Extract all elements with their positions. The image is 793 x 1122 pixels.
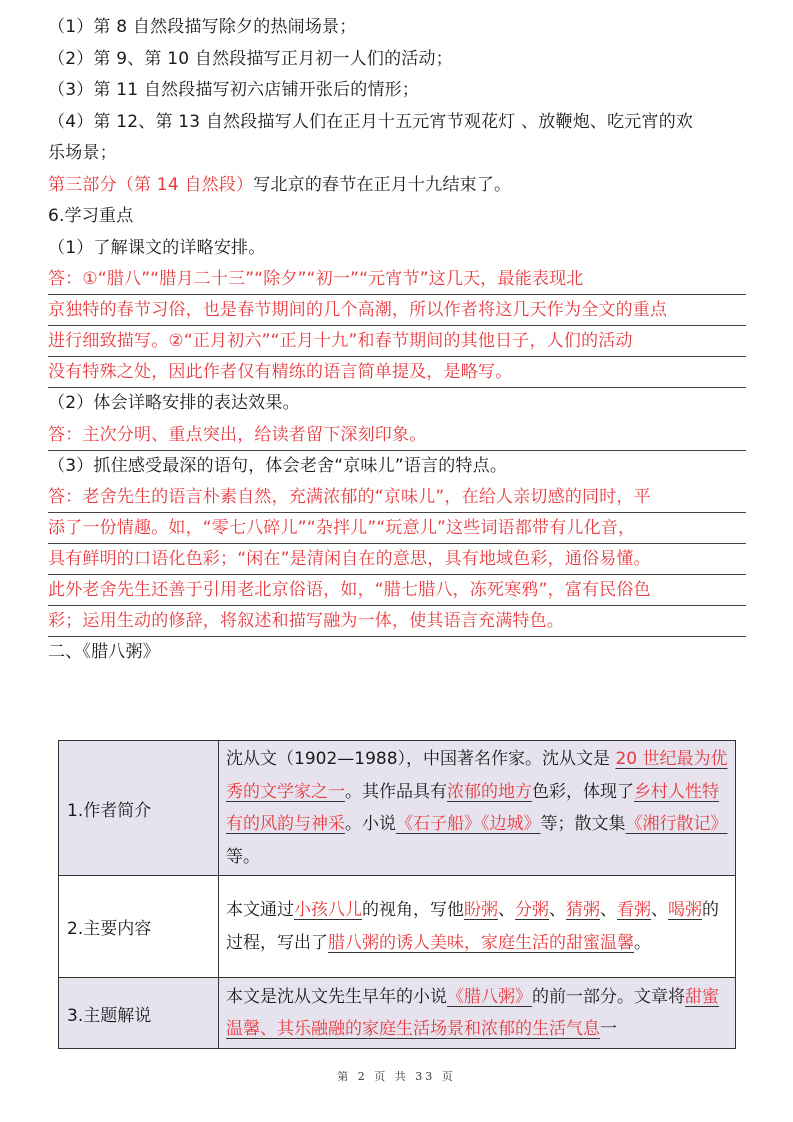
question-1: （1）了解课文的详略安排。 — [48, 233, 746, 265]
answer-3-line-5: 彩；运用生动的修辞，将叙述和描写融为一体，使其语言充满特色。 — [48, 606, 746, 637]
answer-3-line-1: 答：老舍先生的语言朴素自然，充满浓郁的“京味儿”，在给人亲切感的同时，平 — [48, 482, 746, 513]
key-phrase: 喝粥 — [668, 900, 702, 920]
page-number-footer: 第 2 页 共 33 页 — [0, 1068, 793, 1084]
cell-text: 、 — [549, 900, 566, 920]
answer-3-line-4: 此外老舍先生还善于引用老北京俗语，如，“腊七腊八，冻死寒鸦”，富有民俗色 — [48, 575, 746, 606]
row-content: 本文通过小孩八儿的视角，写他盼粥、分粥、猜粥、看粥、喝粥的过程，写出了腊八粥的诱… — [219, 876, 736, 978]
outline-item-1: （1）第 8 自然段描写除夕的热闹场景； — [48, 12, 746, 44]
key-phrase: 腊八粥的诱人美味，家庭生活的甜蜜温馨 — [328, 933, 634, 953]
outline-item-4-cont: 乐场景； — [48, 138, 746, 170]
outline-item-4: （4）第 12、第 13 自然段描写人们在正月十五元宵节观花灯 、放鞭炮、吃元宵… — [48, 107, 746, 139]
key-phrase: 小孩八儿 — [294, 900, 362, 920]
document-page: （1）第 8 自然段描写除夕的热闹场景； （2）第 9、第 10 自然段描写正月… — [48, 0, 746, 669]
answer-1-line-4: 没有特殊之处，因此作者仅有精练的语言简单提及，是略写。 — [48, 357, 746, 388]
laba-porridge-info-table: 1.作者简介 沈从文（1902—1988），中国著名作家。沈从文是 20 世纪最… — [58, 740, 736, 1049]
answer-1-line-3: 进行细致描写。②“正月初六”“正月十九”和春节期间的其他日子，人们的活动 — [48, 326, 746, 357]
answer-3-line-3: 具有鲜明的口语化色彩；“闲在”是清闲自在的意思，具有地域色彩，通俗易懂。 — [48, 544, 746, 575]
answer-3-line-2: 添了一份情趣。如，“零七八碎儿”“杂拌儿”“玩意儿”这些词语都带有儿化音， — [48, 513, 746, 544]
row-label: 1.作者简介 — [59, 741, 219, 876]
key-phrase: 《腊八粥》 — [447, 987, 532, 1007]
key-phrase: 分粥 — [515, 900, 549, 920]
cell-text: 等；散文集 — [541, 814, 626, 834]
answer-1-line-2: 京独特的春节习俗，也是春节期间的几个高潮，所以作者将这几天作为全文的重点 — [48, 295, 746, 326]
outline-item-2: （2）第 9、第 10 自然段描写正月初一人们的活动； — [48, 44, 746, 76]
key-phrase: 看粥 — [617, 900, 651, 920]
cell-text: 沈从文（1902—1988），中国著名作家。沈从文是 — [226, 749, 615, 769]
key-phrase: 浓郁的地方 — [447, 782, 532, 802]
cell-text: 、 — [498, 900, 515, 920]
question-2: （2）体会详略安排的表达效果。 — [48, 388, 746, 420]
cell-text: 等。 — [226, 847, 260, 867]
table-row-main-content: 2.主要内容 本文通过小孩八儿的视角，写他盼粥、分粥、猜粥、看粥、喝粥的过程，写… — [59, 876, 736, 978]
cell-text: 色彩，体现了 — [532, 782, 634, 802]
question-3: （3）抓住感受最深的语句，体会老舍“京味儿”语言的特点。 — [48, 451, 746, 483]
cell-text: 的视角，写他 — [362, 900, 464, 920]
cell-text: 一 — [600, 1019, 617, 1039]
outline-item-3: （3）第 11 自然段描写初六店铺开张后的情形； — [48, 75, 746, 107]
section-heading-study-focus: 6.学习重点 — [48, 201, 746, 233]
cell-text: 的前一部分。文章将 — [532, 987, 685, 1007]
key-phrase: 《湘行散记》 — [626, 814, 728, 834]
part-three-label: 第三部分（第 14 自然段） — [48, 175, 253, 195]
cell-text: 。小说 — [345, 814, 396, 834]
row-label: 3.主题解说 — [59, 978, 219, 1049]
part-three-text: 写北京的春节在正月十九结束了。 — [253, 175, 511, 195]
cell-text: 。其作品具有 — [345, 782, 447, 802]
row-content: 本文是沈从文先生早年的小说《腊八粥》的前一部分。文章将甜蜜温馨、其乐融融的家庭生… — [219, 978, 736, 1049]
answer-2-line-1: 答：主次分明、重点突出，给读者留下深刻印象。 — [48, 420, 746, 451]
table-row-author: 1.作者简介 沈从文（1902—1988），中国著名作家。沈从文是 20 世纪最… — [59, 741, 736, 876]
cell-text: 、 — [651, 900, 668, 920]
table-row-theme: 3.主题解说 本文是沈从文先生早年的小说《腊八粥》的前一部分。文章将甜蜜温馨、其… — [59, 978, 736, 1049]
part-three-line: 第三部分（第 14 自然段）写北京的春节在正月十九结束了。 — [48, 170, 746, 202]
key-phrase: 盼粥 — [464, 900, 498, 920]
row-content: 沈从文（1902—1988），中国著名作家。沈从文是 20 世纪最为优秀的文学家… — [219, 741, 736, 876]
cell-text: 本文通过 — [226, 900, 294, 920]
row-label: 2.主要内容 — [59, 876, 219, 978]
answer-1-line-1: 答：①“腊八”“腊月二十三”“除夕”“初一”“元宵节”这几天，最能表现北 — [48, 264, 746, 295]
key-phrase: 《石子船》《边城》 — [396, 814, 541, 834]
section-heading-laba-porridge: 二、《腊八粥》 — [48, 637, 746, 669]
cell-text: 本文是沈从文先生早年的小说 — [226, 987, 447, 1007]
cell-text: 、 — [600, 900, 617, 920]
key-phrase: 猜粥 — [566, 900, 600, 920]
cell-text: 。 — [634, 933, 651, 953]
